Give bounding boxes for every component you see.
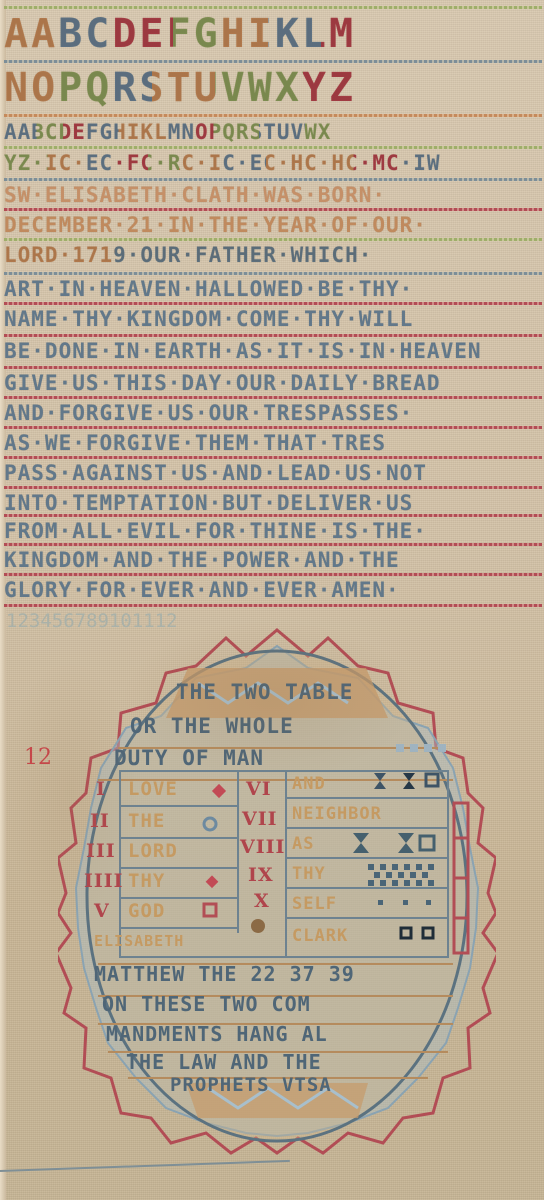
oval-medallion: THE TWO TABLE OR THE WHOLE DUTY OF MAN I… xyxy=(58,628,496,1156)
commandment-word: THY xyxy=(128,870,165,892)
verse-row: DECEMBER·21·IN·THE·YEAR·OF·OUR· xyxy=(4,211,542,239)
commandment-word: THY xyxy=(292,864,326,884)
verse-row: INTO·TEMPTATION·BUT·DELIVER·US xyxy=(4,489,542,517)
roman-numeral: X xyxy=(254,890,270,912)
oval-footer-line: ON THESE TWO COM xyxy=(102,992,311,1016)
roman-numeral: VI xyxy=(246,778,272,800)
signature-last-name: CLARK xyxy=(292,926,348,946)
roman-numeral: VII xyxy=(242,808,278,830)
verse-row: SW·ELISABETH·CLATH·WAS·BORN· xyxy=(4,181,542,209)
oval-footer-line: MANDMENTS HANG AL xyxy=(106,1022,328,1046)
verse-row: AS·WE·FORGIVE·THEM·THAT·TRES xyxy=(4,429,542,457)
sampler-canvas: AABCDEFGHIKLM NOPQRSTUVWXYZ AABCDEFGHIKL… xyxy=(0,0,544,1200)
row-text: FROM·ALL·EVIL·FOR·THINE·IS·THE· xyxy=(4,519,427,543)
commandment-word: GOD xyxy=(128,900,165,922)
row-text: PASS·AGAINST·US·AND·LEAD·US·NOT xyxy=(4,461,427,485)
alphabet-row-1: AABCDEFGHIKLM xyxy=(4,10,542,58)
row-text: AS·WE·FORGIVE·THEM·THAT·TRES xyxy=(4,431,386,455)
commandment-word: LORD xyxy=(128,840,178,862)
row-text: GLORY·FOR·EVER·AND·EVER·AMEN· xyxy=(4,578,400,602)
initials-row: YZ·IC·EC·FC·RC·IC·EC·HC·HC·MC·IW xyxy=(4,149,542,177)
commandment-word: THE xyxy=(128,810,165,832)
row-text: SW·ELISABETH·CLATH·WAS·BORN· xyxy=(4,183,386,207)
roman-numeral: V xyxy=(94,900,110,922)
rule xyxy=(4,60,542,63)
row-text: NOPQRSTUVWXYZ xyxy=(4,65,356,111)
rule xyxy=(4,604,542,607)
verse-row: FROM·ALL·EVIL·FOR·THINE·IS·THE· xyxy=(4,517,542,545)
pen-mark xyxy=(0,1160,290,1172)
side-mark: 12 xyxy=(24,745,52,770)
row-text: GIVE·US·THIS·DAY·OUR·DAILY·BREAD xyxy=(4,371,441,395)
rule xyxy=(4,114,542,117)
signature-first-name: ELISABETH xyxy=(94,932,184,950)
oval-header-line: OR THE WHOLE xyxy=(130,714,294,738)
row-text: YZ·IC·EC·FC·RC·IC·EC·HC·HC·MC·IW xyxy=(4,151,441,175)
roman-numeral: II xyxy=(90,810,110,832)
roman-numeral: III xyxy=(86,840,116,862)
verse-row: AND·FORGIVE·US·OUR·TRESPASSES· xyxy=(4,399,542,427)
verse-row: NAME·THY·KINGDOM·COME·THY·WILL xyxy=(4,305,542,333)
commandment-word: AS xyxy=(292,834,314,854)
roman-numeral: VIII xyxy=(240,836,285,858)
verse-row: KINGDOM·AND·THE·POWER·AND·THE xyxy=(4,546,542,574)
oval-footer-line: THE LAW AND THE xyxy=(126,1050,322,1074)
oval-footer-line: MATTHEW THE 22 37 39 xyxy=(94,962,355,986)
rule xyxy=(4,6,542,9)
commandment-word: AND xyxy=(292,774,326,794)
alphabet-row-small: AABCDEFGHIKLMNOPQRSTUVWX xyxy=(4,118,542,146)
commandment-word: LOVE xyxy=(128,778,178,800)
row-text: AND·FORGIVE·US·OUR·TRESPASSES· xyxy=(4,401,413,425)
alphabet-row-2: NOPQRSTUVWXYZ xyxy=(4,64,542,112)
row-text: INTO·TEMPTATION·BUT·DELIVER·US xyxy=(4,491,413,515)
roman-numeral: IIII xyxy=(84,870,124,892)
row-text: LORD·1719·OUR·FATHER·WHICH· xyxy=(4,243,372,267)
verse-row: GIVE·US·THIS·DAY·OUR·DAILY·BREAD xyxy=(4,369,542,397)
verse-row: LORD·1719·OUR·FATHER·WHICH· xyxy=(4,241,542,269)
oval-header-line: DUTY OF MAN xyxy=(114,746,264,770)
row-text: KINGDOM·AND·THE·POWER·AND·THE xyxy=(4,548,400,572)
row-text: NAME·THY·KINGDOM·COME·THY·WILL xyxy=(4,307,413,331)
verse-row: PASS·AGAINST·US·AND·LEAD·US·NOT xyxy=(4,459,542,487)
verse-row: BE·DONE·IN·EARTH·AS·IT·IS·IN·HEAVEN xyxy=(4,337,542,365)
row-text: BE·DONE·IN·EARTH·AS·IT·IS·IN·HEAVEN xyxy=(4,339,482,363)
verse-row: GLORY·FOR·EVER·AND·EVER·AMEN· xyxy=(4,576,542,604)
row-text: ART·IN·HEAVEN·HALLOWED·BE·THY· xyxy=(4,277,413,301)
verse-row: ART·IN·HEAVEN·HALLOWED·BE·THY· xyxy=(4,275,542,303)
row-text: AABCDEFGHIKLM xyxy=(4,11,356,57)
commandment-word: NEIGHBOR xyxy=(292,804,382,824)
roman-numeral: I xyxy=(96,778,106,800)
row-text: DECEMBER·21·IN·THE·YEAR·OF·OUR· xyxy=(4,213,427,237)
oval-header-line: THE TWO TABLE xyxy=(176,680,353,704)
commandment-word: SELF xyxy=(292,894,337,914)
oval-footer-line: PROPHETS VTSA xyxy=(170,1074,332,1096)
row-text: AABCDEFGHIKLMNOPQRSTUVWX xyxy=(4,120,331,144)
roman-numeral: IX xyxy=(248,864,274,886)
